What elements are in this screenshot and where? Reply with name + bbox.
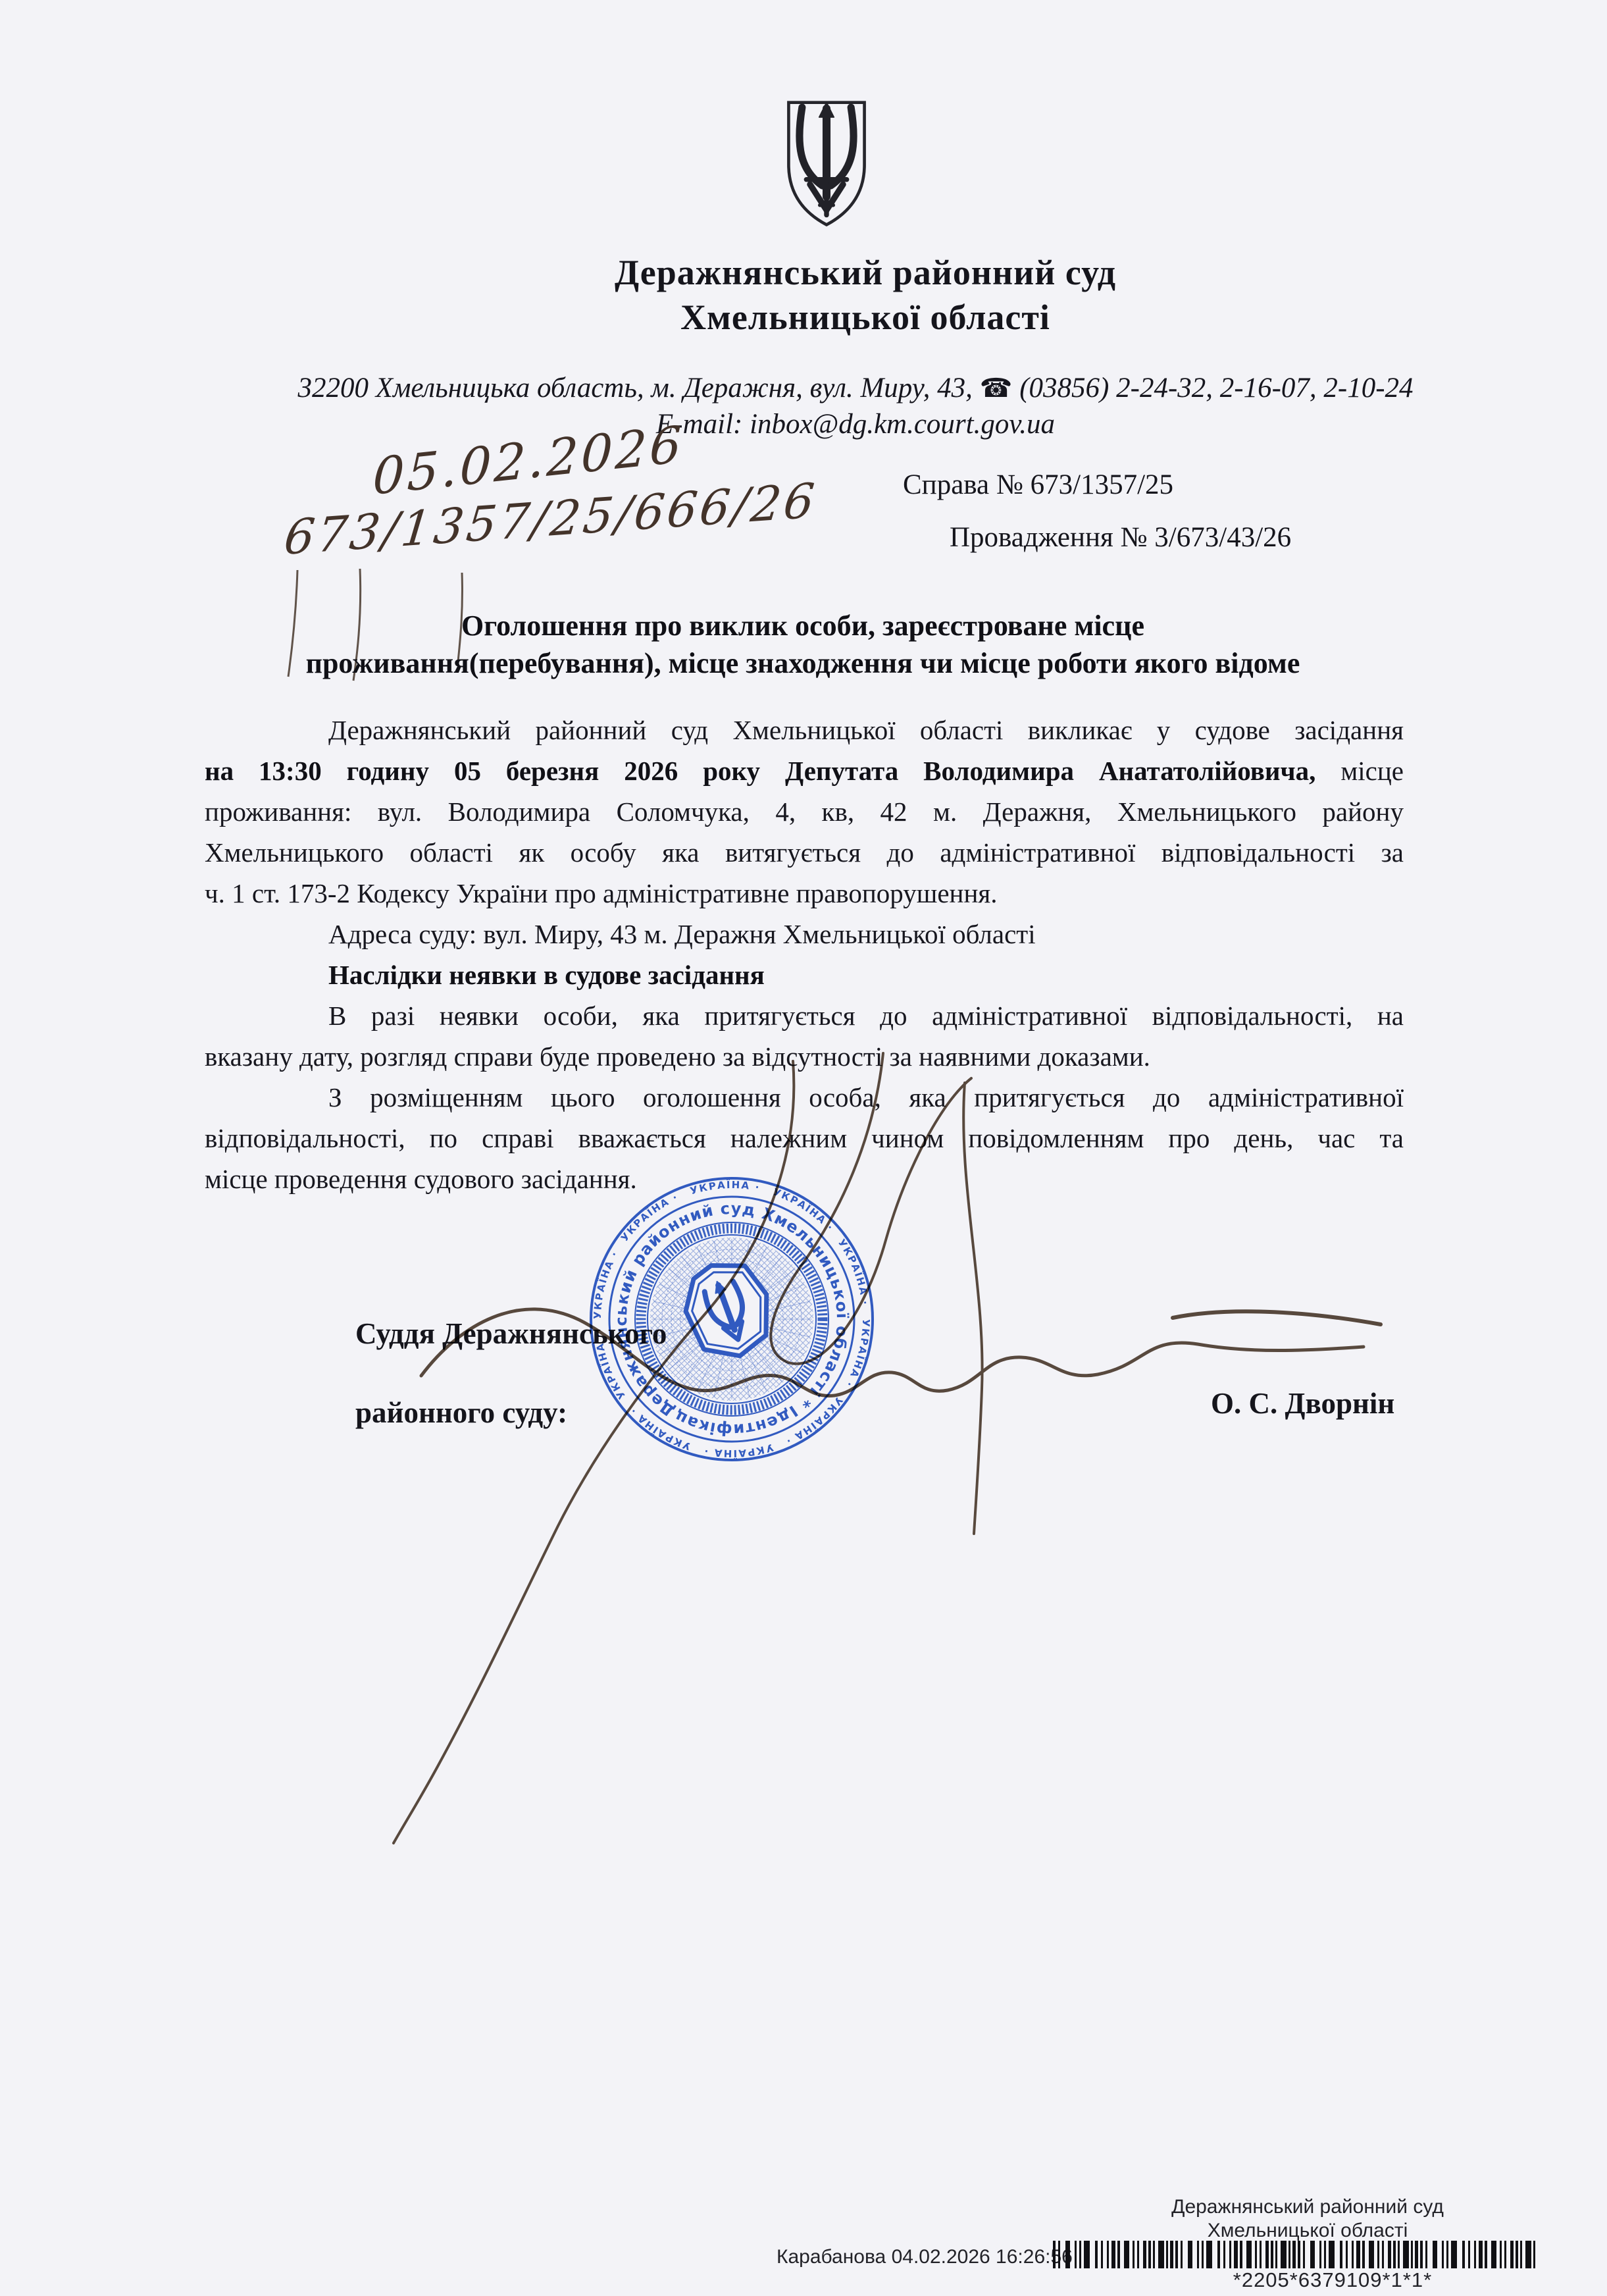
body-text-segment: місце проведення судового засідання. bbox=[205, 1164, 637, 1194]
body-text-segment: Адреса суду: вул. Миру, 43 м. Деражня Хм… bbox=[328, 919, 1036, 949]
announcement-title: Оголошення про виклик особи, зареєстрова… bbox=[171, 607, 1435, 682]
body-line: Хмельницького області як особу яка витяг… bbox=[205, 832, 1404, 873]
body-text-segment: З розміщенням цього оголошення особа, як… bbox=[328, 1082, 1404, 1112]
body-line: відповідальності, по справі вважається н… bbox=[205, 1118, 1404, 1159]
body-text-segment: проживання: вул. Володимира Соломчука, 4… bbox=[205, 796, 1404, 827]
barcode-bar bbox=[1403, 2241, 1409, 2268]
svg-text:УКРАЇНА ·: УКРАЇНА · bbox=[842, 1319, 872, 1390]
body-line: ч. 1 ст. 173-2 Кодексу України про адмін… bbox=[205, 873, 1404, 914]
barcode-bar bbox=[1246, 2241, 1252, 2268]
barcode-bar bbox=[1188, 2241, 1192, 2268]
address-line: 32200 Хмельницька область, м. Деражня, в… bbox=[191, 371, 1520, 406]
barcode-bar bbox=[1451, 2241, 1457, 2268]
barcode-caption: *2205*6379109*1*1* bbox=[1185, 2268, 1481, 2292]
body-line: вказану дату, розгляд справи буде провед… bbox=[205, 1036, 1404, 1077]
footer-operator-timestamp: Карабанова 04.02.2026 16:26:56 bbox=[777, 2246, 1073, 2268]
body-text-segment: Наслідки неявки в судове засідання bbox=[328, 960, 765, 990]
case-number-line: Справа № 673/1357/25 bbox=[903, 469, 1173, 501]
footer-court-name-line2: Хмельницької області bbox=[1160, 2220, 1456, 2242]
barcode-bar bbox=[1433, 2241, 1437, 2268]
svg-text:УКРАЇНА ·: УКРАЇНА · bbox=[836, 1237, 871, 1307]
body-text-segment: Хмельницького області як особу яка витяг… bbox=[205, 837, 1404, 868]
barcode-bar bbox=[1124, 2241, 1129, 2268]
phone-icon: ☎ bbox=[980, 373, 1013, 404]
svg-text:УКРАЇНА ·: УКРАЇНА · bbox=[592, 1249, 621, 1319]
email-line: E-mail: inbox@dg.km.court.gov.ua bbox=[191, 407, 1520, 442]
body-line: Наслідки неявки в судове засідання bbox=[205, 954, 1404, 995]
barcode-bar bbox=[1310, 2241, 1315, 2268]
barcode-bar bbox=[1065, 2241, 1070, 2268]
body-text-segment: місце bbox=[1315, 756, 1404, 786]
barcode-bar bbox=[1206, 2241, 1212, 2268]
judge-name: О. С. Дворнін bbox=[1211, 1386, 1394, 1421]
svg-text:УКРАЇНА ·: УКРАЇНА · bbox=[783, 1395, 845, 1448]
body-text-segment: вказану дату, розгляд справи буде провед… bbox=[205, 1041, 1150, 1072]
svg-text:УКРАЇНА ·: УКРАЇНА · bbox=[627, 1405, 692, 1453]
barcode bbox=[1053, 2241, 1545, 2268]
barcode-bar bbox=[1158, 2241, 1164, 2268]
body-text-segment: ч. 1 ст. 173-2 Кодексу України про адмін… bbox=[205, 878, 998, 908]
phone-numbers: (03856) 2-24-32, 2-16-07, 2-10-24 bbox=[1012, 373, 1413, 404]
footer-court-name-line1: Деражнянський районний суд bbox=[1160, 2196, 1456, 2218]
stamp-trident-shield bbox=[674, 1251, 783, 1369]
proceeding-number-line: Провадження № 3/673/43/26 bbox=[950, 521, 1291, 554]
judge-title-line1: Суддя Деражнянського bbox=[355, 1317, 667, 1351]
body-line: В разі неявки особи, яка притягується до… bbox=[205, 995, 1404, 1036]
barcode-bar bbox=[1369, 2241, 1374, 2268]
body-line: проживання: вул. Володимира Соломчука, 4… bbox=[205, 791, 1404, 832]
body-text-segment: відповідальності, по справі вважається н… bbox=[205, 1123, 1404, 1153]
address-text: 32200 Хмельницька область, м. Деражня, в… bbox=[297, 373, 979, 404]
body-text-segment: на 13:30 годину 05 березня 2026 року Деп… bbox=[205, 756, 1315, 786]
barcode-bar bbox=[1525, 2241, 1531, 2268]
body-text-segment: В разі неявки особи, яка притягується до… bbox=[328, 1001, 1404, 1031]
announcement-title-line2: проживання(перебування), місце знаходжен… bbox=[171, 644, 1435, 682]
announcement-title-line1: Оголошення про виклик особи, зареєстрова… bbox=[171, 607, 1435, 644]
court-name-line2: Хмельницької області bbox=[207, 296, 1523, 338]
court-name-line1: Деражнянський районний суд bbox=[207, 251, 1523, 294]
svg-text:УКРАЇНА ·: УКРАЇНА · bbox=[702, 1442, 775, 1461]
body-line: на 13:30 годину 05 березня 2026 року Деп… bbox=[205, 750, 1404, 791]
body-line: З розміщенням цього оголошення особа, як… bbox=[205, 1077, 1404, 1118]
barcode-bar bbox=[1281, 2241, 1287, 2268]
body-paragraphs: Деражнянський районний суд Хмельницької … bbox=[205, 710, 1404, 1199]
barcode-bar bbox=[1329, 2241, 1335, 2268]
body-line: Деражнянський районний суд Хмельницької … bbox=[205, 710, 1404, 750]
body-text-segment: Деражнянський районний суд Хмельницької … bbox=[328, 715, 1404, 745]
body-line: Адреса суду: вул. Миру, 43 м. Деражня Хм… bbox=[205, 914, 1404, 954]
scanned-document-page: Деражнянський районний суд Хмельницької … bbox=[0, 0, 1607, 2296]
ukraine-trident-emblem-icon bbox=[784, 93, 869, 244]
barcode-bar bbox=[1491, 2241, 1496, 2268]
judge-title-line2: районного суду: bbox=[355, 1396, 567, 1430]
body-line: місце проведення судового засідання. bbox=[205, 1159, 1404, 1199]
barcode-bar bbox=[1084, 2241, 1090, 2268]
